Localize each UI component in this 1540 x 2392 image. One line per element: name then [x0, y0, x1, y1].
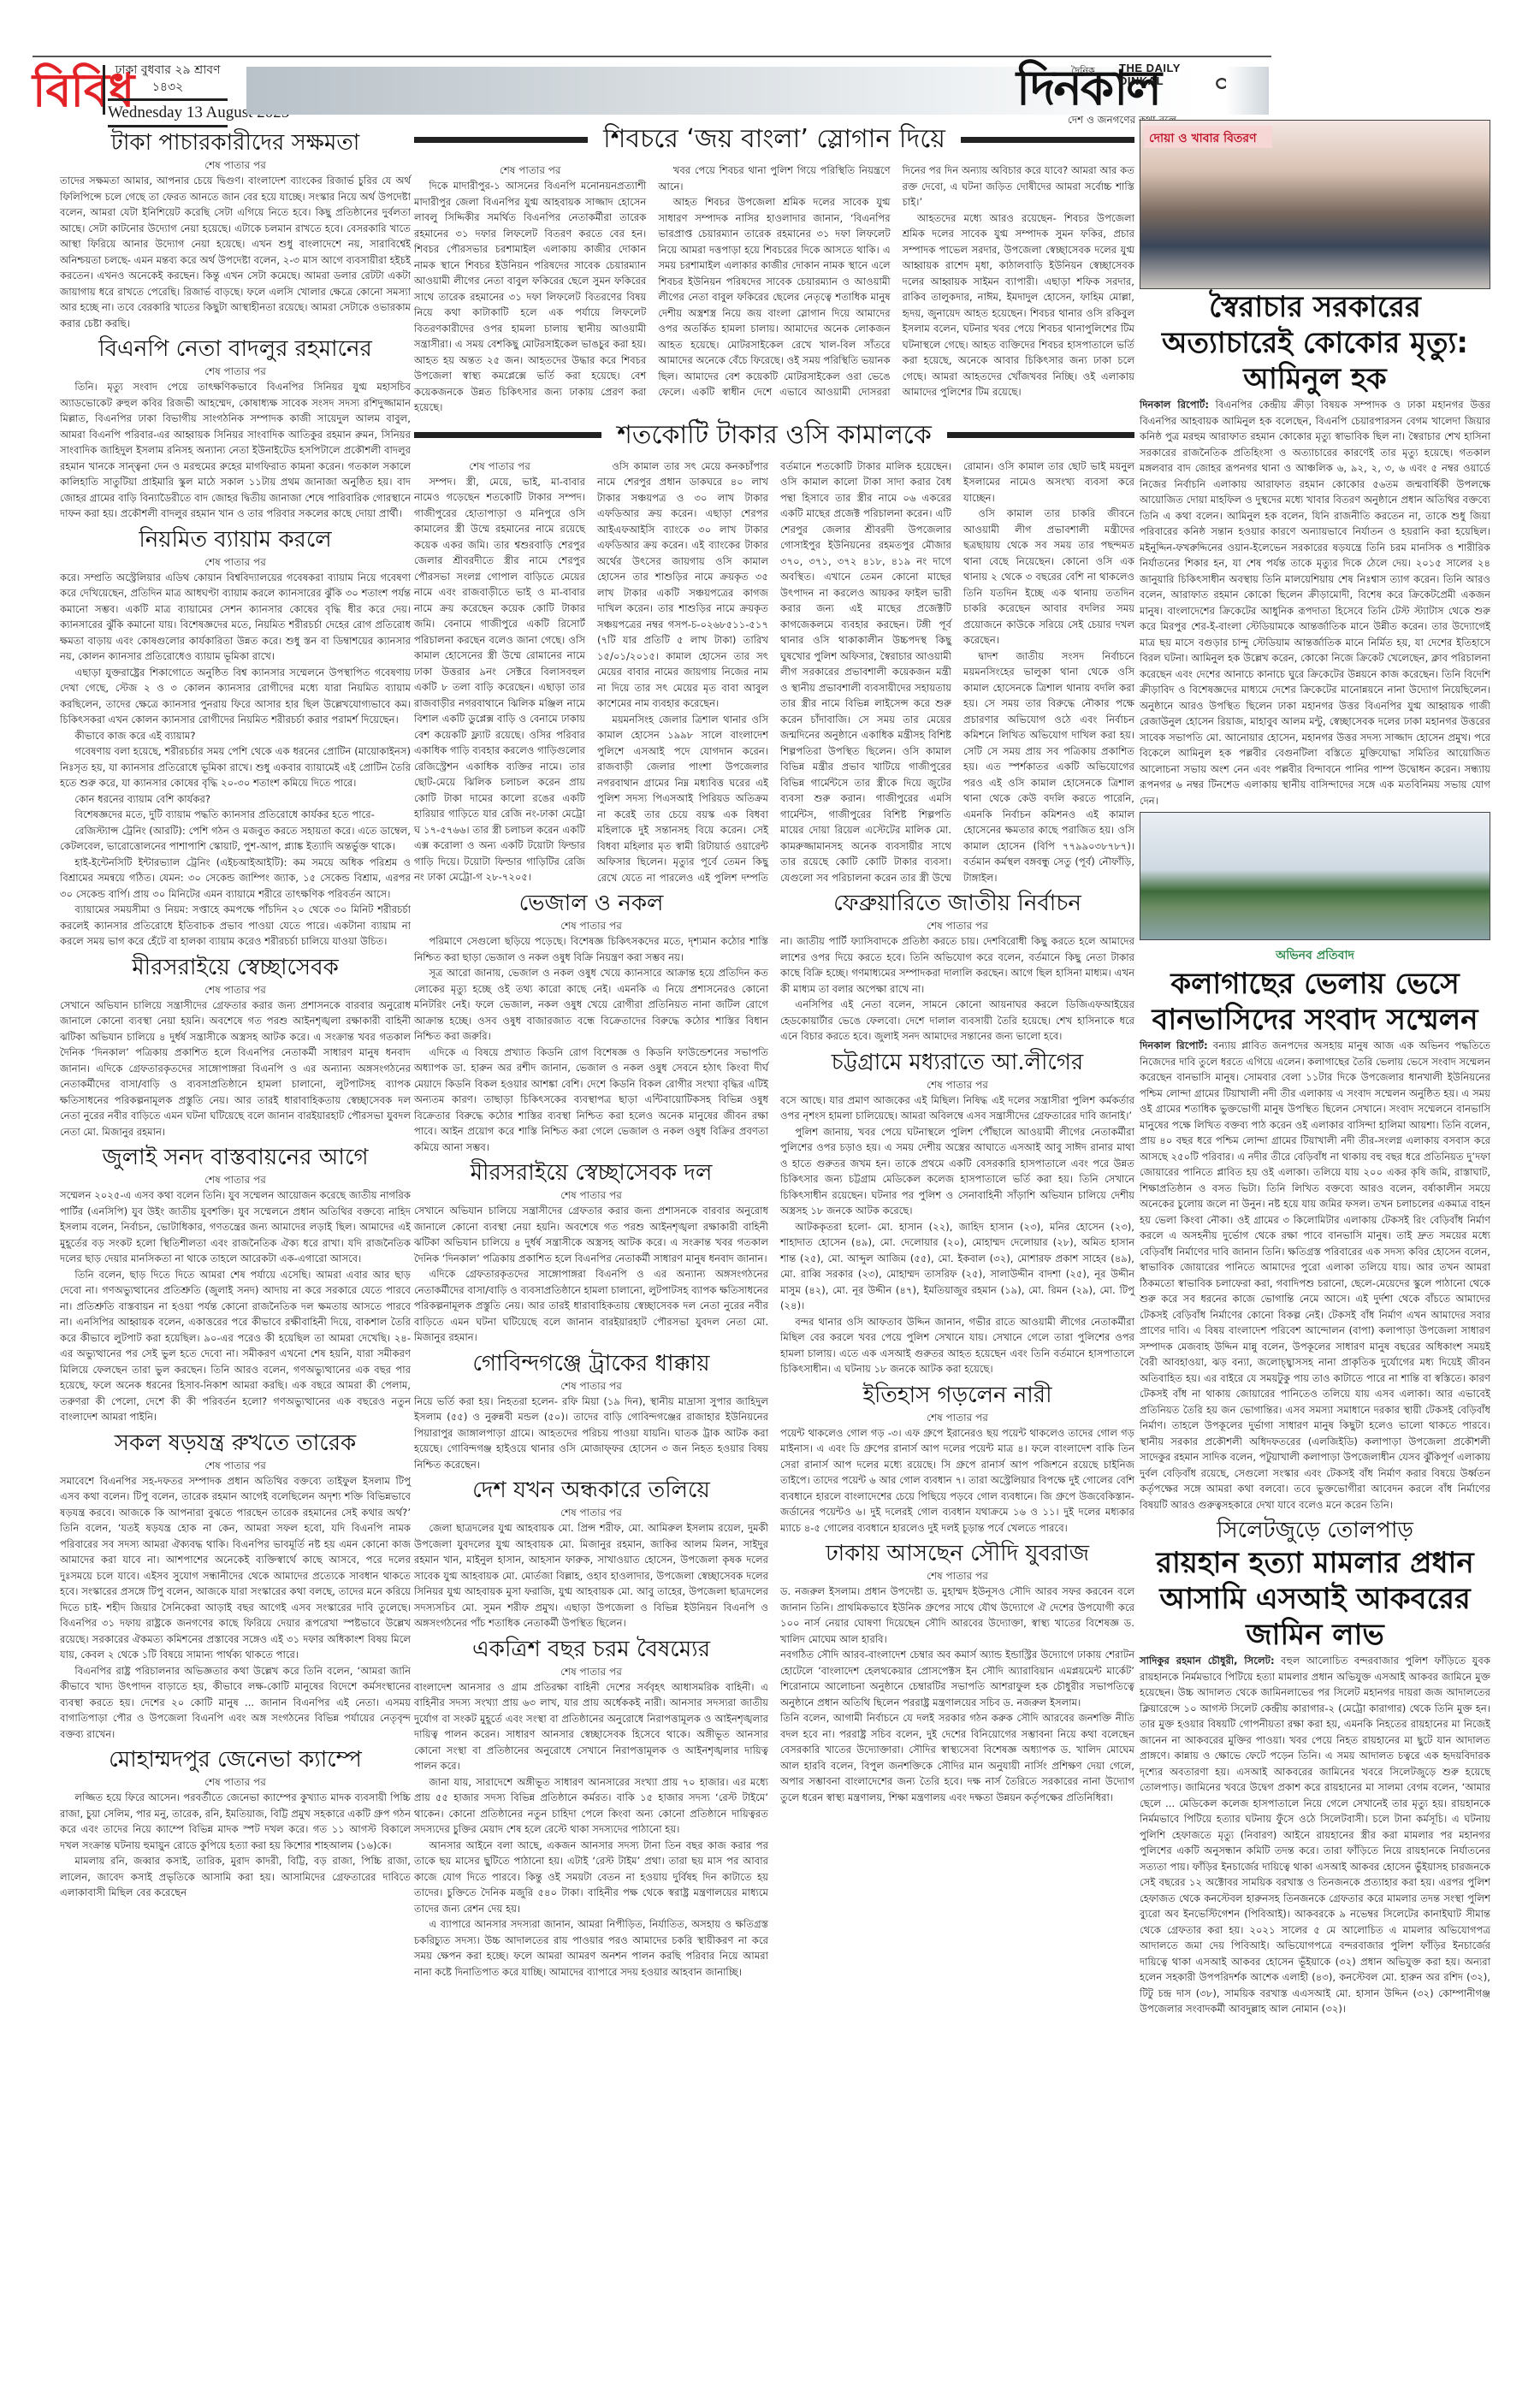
story-paragraph: মামলায় রনি, জব্বার কসাই, তারিক, মুরাদ ক…	[60, 1853, 411, 1901]
ruled-headline: শতকোটি টাকার ওসি কামালকে	[414, 421, 1134, 450]
story-paragraph: আনসার আইনে বলা আছে, একজন আনসার সদস্য টান…	[414, 1838, 768, 1917]
masthead-divider	[103, 65, 105, 115]
story-text: বহুল আলোচিত বন্দরবাজার পুলিশ ফাঁড়িতে যু…	[1140, 1655, 1490, 2015]
story-paragraph: ওসি কামাল তার সৎ মেয়ে কনকচাঁপার নামে শে…	[597, 459, 768, 712]
story-text: বিএনপির কেন্দ্রীয় ক্রীড়া বিষয়ক সম্পাদ…	[1140, 399, 1490, 807]
story-headline: জুলাই সনদ বাস্তবায়নের আগে	[60, 1143, 411, 1172]
story-paragraph: সূত্র আরো জানায়, ভেজাল ও নকল ওষুধ খেয়ে…	[414, 965, 768, 1045]
continued-label: শেষ পাতার পর	[60, 1172, 411, 1187]
story-paragraph: বন্দর থানার ওসি আফতাব উদ্দিন জানান, গভীর…	[780, 1314, 1134, 1377]
continued-label: শেষ পাতার পর	[414, 1664, 768, 1679]
story-paragraph: সেখানে অভিযান চালিয়ে সন্ত্রাসীদের গ্রেফ…	[414, 1203, 768, 1266]
story-subhead: কোন ধরনের ব্যায়াম বেশি কার্যকর?	[60, 791, 411, 808]
story-paragraph: বিএনপির রাষ্ট্র পরিচালনার অভিজ্ঞতার কথা …	[60, 1663, 411, 1743]
continued-label: শেষ পাতার পর	[60, 364, 411, 379]
masthead-edge-strip	[1226, 67, 1269, 115]
story-headline: শিবচরে ‘জয় বাংলা’ স্লোগান দিয়ে	[603, 125, 945, 154]
story-mirsarai-volunteer: মীরসরাইয়ে স্বেচ্ছাসেবক শেষ পাতার পর সেখ…	[60, 953, 411, 1140]
story-paragraph: আটককৃতরা হলো- মো. হাসান (২২), জাহিদ হাসা…	[780, 1219, 1134, 1314]
continued-label: শেষ পাতার পর	[414, 163, 646, 178]
continued-label: শেষ পাতার পর	[60, 554, 411, 570]
middle-column: শিবচরে ‘জয় বাংলা’ স্লোগান দিয়ে শেষ পাত…	[414, 120, 1134, 1983]
news-photo-banana-raft	[1140, 812, 1490, 940]
story-paragraph: বিশেষজ্ঞদের মতে, দুটি ব্যায়াম পদ্ধতি ক্…	[60, 807, 411, 823]
story-kicker: সিলেটজুড়ে তোলপাড়	[1140, 1516, 1490, 1545]
story-paragraph: খবর পেয়ে শিবচর থানা পুলিশ গিয়ে পরিস্থি…	[658, 163, 890, 194]
right-column: দোয়া ও খাবার বিতরণ স্বৈরাচার সরকারের অত…	[1140, 120, 1490, 2021]
continued-label: শেষ পাতার পর	[414, 459, 585, 474]
story-body: সেখানে অভিযান চালিয়ে সন্ত্রাসীদের গ্রেফ…	[60, 998, 411, 1140]
story-oc-kamal: শতকোটি টাকার ওসি কামালকে শেষ পাতার পর সম…	[414, 421, 1134, 886]
story-paragraph: দ্বাদশ জাতীয় সংসদ নির্বাচনে ময়মনসিংহের…	[963, 648, 1134, 886]
story-july-charter: জুলাই সনদ বাস্তবায়নের আগে শেষ পাতার পর …	[60, 1143, 411, 1425]
byline: দিনকাল রিপোর্ট:	[1140, 399, 1209, 411]
story-adulterated-medicine: ভেজাল ও নকল শেষ পাতার পর পরিমাণে সেগুলো …	[414, 889, 768, 1155]
page-bottom-margin	[0, 2310, 1540, 2392]
story-paragraph: পরিমাণে সেগুলো ছড়িয়ে পড়েছে। বিশেষজ্ঞ …	[414, 933, 768, 965]
story-tarek-conspiracy: সকল ষড়যন্ত্র রুখতে তারেক শেষ পাতার পর স…	[60, 1429, 411, 1743]
story-paragraph: নবগঠিত সৌদি আরব-বাংলাদেশ চেম্বার অব কমার…	[780, 1647, 1134, 1710]
continued-label: শেষ পাতার পর	[60, 1774, 411, 1790]
story-kicker: অভিনব প্রতিবাদ	[1140, 945, 1490, 966]
middle-two-column-block: ভেজাল ও নকল শেষ পাতার পর পরিমাণে সেগুলো …	[414, 889, 1134, 1983]
story-paragraph: এনসিপির এই নেতা বলেন, সামনে কোনো আয়নাঘর…	[780, 997, 1134, 1045]
story-money-launderers: টাকা পাচারকারীদের সক্ষমতা শেষ পাতার পর ত…	[60, 128, 411, 331]
top-rule	[33, 56, 1271, 57]
story-chattogram-league: চট্টগ্রামে মধ্যরাতে আ.লীগের শেষ পাতার পর…	[780, 1048, 1134, 1377]
story-saudi-prince: ঢাকায় আসছেন সৌদি যুবরাজ শেষ পাতার পর ড.…	[780, 1539, 1134, 1805]
story-body: সাদিকুর রহমান চৌধুরী, সিলেট: বহুল আলোচিত…	[1140, 1653, 1490, 2017]
story-headline: ফেব্রুয়ারিতে জাতীয় নির্বাচন	[780, 889, 1134, 918]
date-bengali: ঢাকা বুধবার ২৯ শ্রাবণ ১৪৩২	[108, 62, 228, 101]
story-text: বন্যায় প্লাবিত জনপদের অসহায় মানুষ আজ এ…	[1140, 1039, 1490, 1511]
story-headline: স্বৈরাচার সরকারের অত্যাচারেই কোকোর মৃত্য…	[1140, 289, 1490, 397]
continued-label: শেষ পাতার পর	[60, 157, 411, 173]
story-paragraph: পয়েন্ট থাকলেও গোল গড় -৩। এফ গ্রুপে ইরা…	[780, 1425, 1134, 1536]
story-headline: চট্টগ্রামে মধ্যরাতে আ.লীগের	[780, 1048, 1134, 1077]
headline-rule-right	[961, 137, 1134, 143]
byline: দিনকাল রিপোর্ট:	[1140, 1039, 1208, 1051]
story-headline: সকল ষড়যন্ত্র রুখতে তারেক	[60, 1429, 411, 1458]
continued-label: শেষ পাতার পর	[780, 1410, 1134, 1425]
story-headline: দেশ যখন অন্ধকারে তলিয়ে	[414, 1476, 768, 1505]
story-february-election: ফেব্রুয়ারিতে জাতীয় নির্বাচন শেষ পাতার …	[780, 889, 1134, 1045]
story-headline: মোহাম্মদপুর জেনেভা ক্যাম্পে	[60, 1745, 411, 1774]
story-headline: বিএনপি নেতা বাদলুর রহমানের	[60, 335, 411, 364]
newspaper-logo: দিনকাল দৈনিক THE DAILY DINKAL দেশ ও জনগণ…	[1016, 58, 1205, 125]
story-subhead: কীভাবে কাজ করে এই ব্যায়াম?	[60, 728, 411, 744]
story-shibchar: শিবচরে ‘জয় বাংলা’ স্লোগান দিয়ে শেষ পাত…	[414, 125, 1134, 416]
continued-label: শেষ পাতার পর	[780, 1077, 1134, 1092]
headline-rule-left	[414, 432, 601, 438]
story-regular-exercise: নিয়মিত ব্যায়াম করলে শেষ পাতার পর করে। …	[60, 525, 411, 950]
date-english: Wednesday 13 August 2025	[108, 101, 228, 127]
continued-label: শেষ পাতার পর	[414, 918, 768, 933]
date-block: ঢাকা বুধবার ২৯ শ্রাবণ ১৪৩২ Wednesday 13 …	[108, 62, 228, 127]
story-paragraph: সমাবেশে বিএনপির সহ-দফতর সম্পাদক প্রধান অ…	[60, 1473, 411, 1663]
story-headline: গোবিন্দগঞ্জে ট্রাকের ধাক্কায়	[414, 1349, 768, 1378]
story-headline: শতকোটি টাকার ওসি কামালকে	[617, 421, 932, 450]
story-headline: ইতিহাস গড়লেন নারী	[780, 1381, 1134, 1410]
news-photo-food-distribution: দোয়া ও খাবার বিতরণ	[1140, 120, 1490, 289]
story-paragraph: লজ্জিত হয়ে ফিরে আসেন। পরবর্তীতে জেনেভা …	[60, 1790, 411, 1853]
story-paragraph: রেজিস্ট্যান্স ট্রেনিং (আরটি): পেশি গঠন ও…	[60, 823, 411, 855]
story-paragraph: হাই-ইন্টেনসিটি ইন্টারভ্যাল ট্রেনিং (এইচআ…	[60, 855, 411, 903]
story-banana-raft-press: অভিনব প্রতিবাদ কলাগাছের ভেলায় ভেসে বানভ…	[1140, 945, 1490, 1513]
logo-prefix: দৈনিক	[1071, 63, 1095, 80]
story-paragraph: ড. নজরুল ইসলাম। প্রধান উপদেষ্টা ড. মুহাম…	[780, 1584, 1134, 1647]
story-country-darkness: দেশ যখন অন্ধকারে তলিয়ে শেষ পাতার পর জেল…	[414, 1476, 768, 1631]
story-headline: একত্রিশ বছর চরম বৈষম্যের	[414, 1635, 768, 1664]
story-paragraph: বসে আছে। যার প্রমাণ আজকের এই মিছিল। নিষি…	[780, 1092, 1134, 1124]
story-headline: মীরসরাইয়ে স্বেচ্ছাসেবক দল	[414, 1158, 768, 1187]
continued-label: শেষ পাতার পর	[780, 1568, 1134, 1584]
story-body: তিনি। মৃত্যু সংবাদ পেয়ে তাৎক্ষণিকভাবে ব…	[60, 379, 411, 522]
story-badlur-rahman: বিএনপি নেতা বাদলুর রহমানের শেষ পাতার পর …	[60, 335, 411, 522]
continued-label: শেষ পাতার পর	[60, 982, 411, 998]
story-headline: ভেজাল ও নকল	[414, 889, 768, 918]
story-raihan-murder-bail: সিলেটজুড়ে তোলপাড় রায়হান হত্যা মামলার …	[1140, 1516, 1490, 2017]
story-headline: টাকা পাচারকারীদের সক্ষমতা	[60, 128, 411, 157]
story-paragraph: করে। সম্প্রতি অস্ট্রেলিয়ার এডিথ কোয়ান …	[60, 570, 411, 665]
story-paragraph: জেলা ছাত্রদলের যুগ্ম আহবায়ক মো. প্রিন্স…	[414, 1520, 768, 1631]
story-ansar-discrimination: একত্রিশ বছর চরম বৈষম্যের শেষ পাতার পর বা…	[414, 1635, 768, 1981]
story-headline: কলাগাছের ভেলায় ভেসে বানভাসিদের সংবাদ সম…	[1140, 966, 1490, 1038]
story-paragraph: নিয়ে ভর্তি করা হয়। নিহতরা হলেন- রফি মি…	[414, 1394, 768, 1473]
story-headline: ঢাকায় আসছেন সৌদি যুবরাজ	[780, 1539, 1134, 1568]
byline: সাদিকুর রহমান চৌধুরী, সিলেট:	[1140, 1655, 1275, 1667]
story-paragraph: সম্পদ। স্ত্রী, মেয়ে, ভাই, মা-বাবার নামে…	[414, 474, 585, 885]
story-paragraph: তিনি বলেন, আগামী নির্বাচনে যে দলই সরকার …	[780, 1710, 1134, 1805]
middle-right-subcolumn: ফেব্রুয়ারিতে জাতীয় নির্বাচন শেষ পাতার …	[780, 889, 1134, 1983]
story-paragraph: এদিকে এ বিষয়ে প্রখ্যাত কিডনি রোগ বিশেষজ…	[414, 1045, 768, 1156]
masthead: বিবিধ ঢাকা বুধবার ২৯ শ্রাবণ ১৪৩২ Wednesd…	[33, 58, 1273, 125]
photo-banner-text: দোয়া ও খাবার বিতরণ	[1144, 126, 1272, 148]
story-paragraph: ওসি কামাল তার চাকরি জীবনে আওয়ামী লীগ প্…	[963, 506, 1134, 648]
story-women-history: ইতিহাস গড়লেন নারী শেষ পাতার পর পয়েন্ট …	[780, 1381, 1134, 1536]
story-paragraph: জানা যায়, সারাদেশে অঙ্গীভূত সাধারণ আনসা…	[414, 1774, 768, 1838]
story-paragraph: এছাড়া যুক্তরাষ্ট্রের শিকাগোতে অনুষ্ঠিত …	[60, 665, 411, 728]
continued-label: শেষ পাতার পর	[414, 1187, 768, 1203]
story-paragraph: আহতদের মধ্যে আরও রয়েছেন- শিবচর উপজেলা শ…	[903, 210, 1134, 400]
story-geneva-camp: মোহাম্মদপুর জেনেভা ক্যাম্পে শেষ পাতার পর…	[60, 1745, 411, 1901]
story-headline: রায়হান হত্যা মামলার প্রধান আসামি এসআই আ…	[1140, 1545, 1490, 1653]
story-gobindaganj-truck: গোবিন্দগঞ্জে ট্রাকের ধাক্কায় শেষ পাতার …	[414, 1349, 768, 1473]
story-paragraph: না। জাতীয় পার্টি ফ্যাসিবাদকে প্রতিষ্ঠা …	[780, 933, 1134, 997]
story-paragraph: দিকে মাদারীপুর-১ আসনের বিএনপি মনোনয়নপ্র…	[414, 178, 646, 416]
story-headline: নিয়মিত ব্যায়াম করলে	[60, 525, 411, 554]
story-headline: মীরসরাইয়ে স্বেচ্ছাসেবক	[60, 953, 411, 982]
story-paragraph: বাংলাদেশ আনসার ও গ্রাম প্রতিরক্ষা বাহিনী…	[414, 1679, 768, 1774]
middle-left-subcolumn: ভেজাল ও নকল শেষ পাতার পর পরিমাণে সেগুলো …	[414, 889, 768, 1983]
continued-label: শেষ পাতার পর	[414, 1505, 768, 1520]
logo-english: THE DAILY DINKAL	[1119, 62, 1205, 87]
story-paragraph: সম্মেলন ২০২৫-এ এসব কথা বলেন তিনি। যুব সম…	[60, 1187, 411, 1267]
story-paragraph: গবেষণায় বলা হয়েছে, শরীরচর্চার সময় পেশ…	[60, 743, 411, 791]
story-paragraph: তিনি বলেন, ছাড় দিতে দিতে আমরা শেষ পর্যা…	[60, 1267, 411, 1425]
ruled-headline: শিবচরে ‘জয় বাংলা’ স্লোগান দিয়ে	[414, 125, 1134, 154]
story-paragraph: এদিকে গ্রেফতারকৃতদের সাঙ্গোপাঙ্গরা বিএনপ…	[414, 1266, 768, 1346]
story-paragraph: পুলিশ জানায়, খবর পেয়ে ঘটনাস্থলে পুলিশ …	[780, 1124, 1134, 1219]
continued-label: শেষ পাতার পর	[414, 1378, 768, 1394]
story-body: তাদের সক্ষমতা আমার, আপনার চেয়ে দ্বিগুণ।…	[60, 173, 411, 331]
headline-rule-left	[414, 137, 588, 143]
story-paragraph: এ ব্যাপারে আনসার সদস্যরা জানান, আমরা নিপ…	[414, 1916, 768, 1980]
story-body: দিনকাল রিপোর্ট: বিএনপির কেন্দ্রীয় ক্রীড…	[1140, 397, 1490, 808]
story-koko-death: স্বৈরাচার সরকারের অত্যাচারেই কোকোর মৃত্য…	[1140, 289, 1490, 808]
story-body: দিনকাল রিপোর্ট: বন্যায় প্লাবিত জনপদের অ…	[1140, 1038, 1490, 1513]
story-mirsarai-volunteer-party: মীরসরাইয়ে স্বেচ্ছাসেবক দল শেষ পাতার পর …	[414, 1158, 768, 1346]
continued-label: শেষ পাতার পর	[780, 918, 1134, 933]
left-column: টাকা পাচারকারীদের সক্ষমতা শেষ পাতার পর ত…	[60, 128, 411, 1904]
headline-rule-right	[947, 432, 1134, 438]
story-paragraph: ব্যায়ামের সময়সীমা ও নিয়ম: সপ্তাহে কমপ…	[60, 902, 411, 950]
continued-label: শেষ পাতার পর	[60, 1458, 411, 1473]
